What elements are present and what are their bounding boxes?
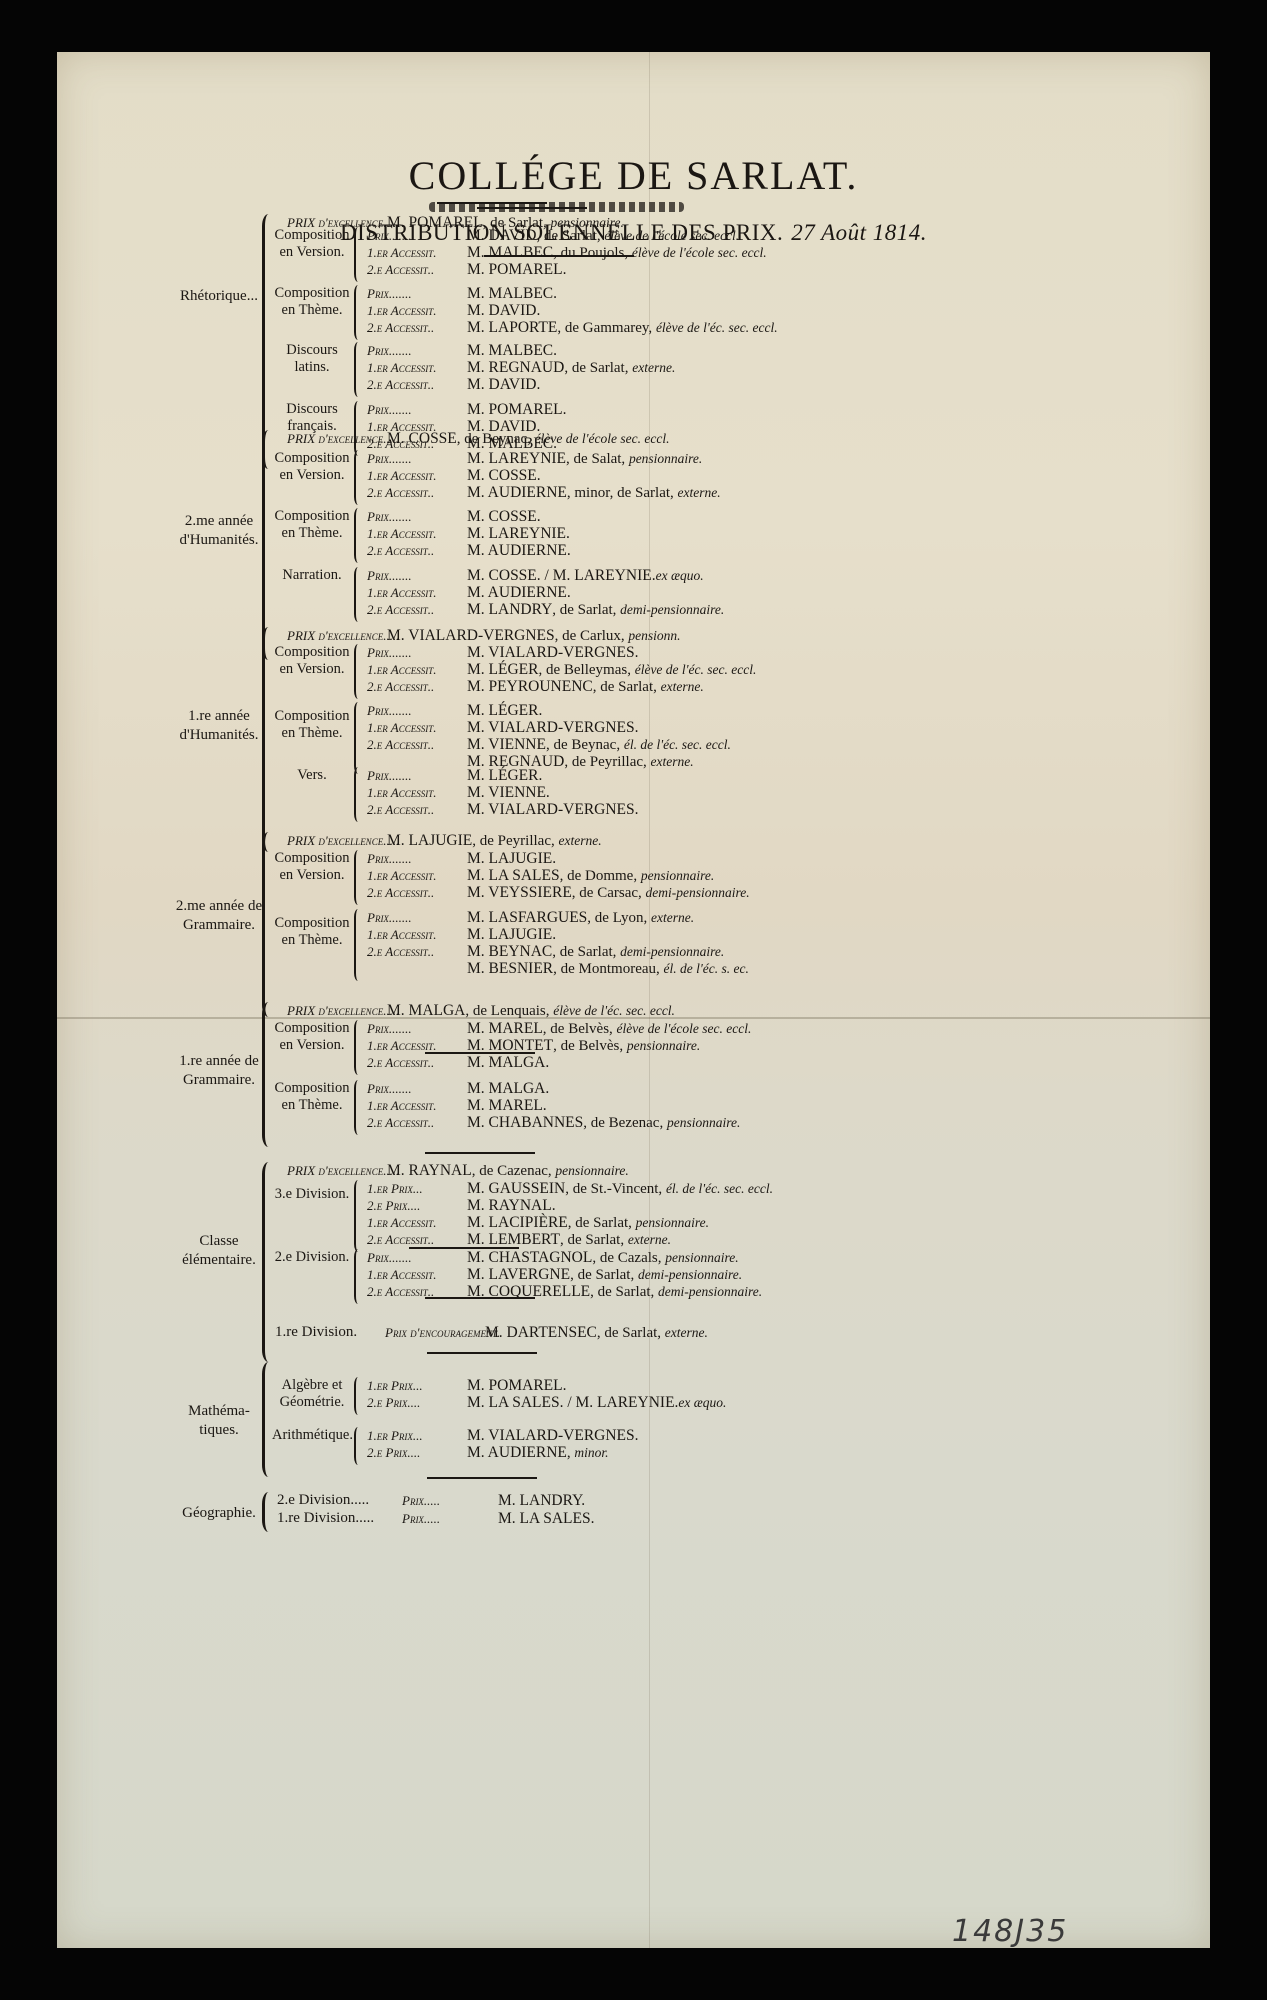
prize-label: Prix....... bbox=[367, 450, 467, 467]
student-name: M. MAREL. bbox=[467, 1097, 547, 1114]
prize-label: 1.er Accessit. bbox=[367, 584, 467, 601]
student-name: M. LANDRY bbox=[467, 601, 552, 618]
division-label: 1.re Division..... bbox=[277, 1510, 374, 1527]
prize-label: Prix d'encouragement. bbox=[385, 1324, 485, 1341]
student-origin: , de Sarlat, bbox=[597, 1325, 665, 1341]
student-status: élève de l'école sec. eccl. bbox=[604, 228, 739, 243]
prize-row: Prix.......M. POMAREL. bbox=[367, 401, 566, 419]
student-status: pensionnaire. bbox=[555, 1163, 628, 1178]
student-name: M. VIALARD-VERGNES bbox=[387, 627, 555, 644]
subject-label: Composition en Version. bbox=[272, 850, 352, 884]
subject-label: Arithmétique. bbox=[272, 1427, 352, 1444]
section-divider bbox=[427, 1477, 537, 1479]
prize-label: Prix....... bbox=[367, 285, 467, 302]
prize-label: 2.e Prix.... bbox=[367, 1394, 467, 1411]
student-name: M. POMAREL. bbox=[467, 1377, 566, 1394]
prize-label: PRIX d'excellence..... bbox=[287, 1002, 387, 1019]
prize-row: Prix.......M. LASFARGUES, de Lyon, exter… bbox=[367, 909, 694, 927]
prize-row: Prix.......M. MALGA. bbox=[367, 1080, 549, 1098]
student-origin: , de Bezenac, bbox=[583, 1115, 667, 1131]
prize-label: 1.er Accessit. bbox=[367, 926, 467, 943]
student-name: M. MALGA. bbox=[467, 1080, 549, 1097]
prize-label: 1.er Accessit. bbox=[367, 1266, 467, 1283]
student-status: pensionnaire. bbox=[641, 868, 714, 883]
prize-label: 1.er Accessit. bbox=[367, 467, 467, 484]
prize-label: Prix....... bbox=[367, 227, 467, 244]
prize-label: 2.e Accessit.. bbox=[367, 1054, 467, 1071]
section-divider bbox=[477, 207, 587, 209]
student-name: M. LÉGER. bbox=[467, 767, 542, 784]
prize-label: Prix....... bbox=[367, 342, 467, 359]
prize-row: PRIX d'excellence.....M. MALGA, de Lenqu… bbox=[287, 1002, 675, 1020]
student-name: M. LEMBERT bbox=[467, 1231, 560, 1248]
class-brace bbox=[262, 1492, 275, 1532]
student-name: M. POMAREL. bbox=[467, 401, 566, 418]
student-name: M. LA SALES. / M. LAREYNIE. bbox=[467, 1394, 678, 1411]
section-divider bbox=[409, 1247, 519, 1249]
class-label: Mathéma-tiques. bbox=[169, 1402, 269, 1440]
prize-label: 1.er Accessit. bbox=[367, 719, 467, 736]
student-origin: , de Salat, bbox=[566, 451, 629, 467]
student-name: M. LAVERGNE bbox=[467, 1266, 570, 1283]
student-name: M. CHABANNES bbox=[467, 1114, 583, 1131]
prize-label: 1.er Accessit. bbox=[367, 244, 467, 261]
prize-row: 2.e Accessit..M. MALGA. bbox=[367, 1054, 549, 1072]
student-name: M. DARTENSEC bbox=[485, 1324, 597, 1341]
subject-brace bbox=[354, 227, 362, 282]
prize-row: Prix.......M. MALBEC. bbox=[367, 342, 557, 360]
prize-label: 1.er Accessit. bbox=[367, 661, 467, 678]
student-name: M. BEYNAC bbox=[467, 943, 552, 960]
student-name: M. LACIPIÈRE bbox=[467, 1214, 568, 1231]
student-name: M. LAPORTE bbox=[467, 319, 557, 336]
subject-brace bbox=[354, 450, 362, 505]
prize-label: PRIX d'excellence..... bbox=[287, 832, 387, 849]
prize-row: 1.er Accessit.M. LAJUGIE. bbox=[367, 926, 556, 944]
student-origin: , de Sarlat, bbox=[590, 1284, 658, 1300]
prize-row: 1.er Accessit.M. VIALARD-VERGNES. bbox=[367, 719, 639, 737]
student-name: M. AUDIERNE. bbox=[467, 542, 571, 559]
subject-brace bbox=[354, 909, 362, 981]
student-status: élève de l'école sec. eccl. bbox=[535, 431, 670, 446]
section-divider bbox=[425, 1152, 535, 1154]
student-name: M. LAJUGIE. bbox=[467, 850, 556, 867]
prize-label: Prix....... bbox=[367, 909, 467, 926]
student-status: externe. bbox=[628, 1232, 671, 1247]
prize-label: 2.e Accessit.. bbox=[367, 1114, 467, 1131]
prize-row: 1.er Accessit.M. LÉGER, de Belleymas, él… bbox=[367, 661, 756, 679]
student-name: M. VIALARD-VERGNES. bbox=[467, 644, 639, 661]
student-status: él. de l'éc. s. ec. bbox=[664, 961, 749, 976]
prize-row: 2.e Accessit..M. CHABANNES, de Bezenac, … bbox=[367, 1114, 740, 1132]
prize-row: 2.e Prix....M. RAYNAL. bbox=[367, 1197, 556, 1215]
archive-mark: 148J35 bbox=[952, 1914, 1068, 1949]
prize-label: 2.e Accessit.. bbox=[367, 1231, 467, 1248]
student-name: M. VIALARD-VERGNES. bbox=[467, 1427, 639, 1444]
prize-row: Prix.....M. LA SALES. bbox=[402, 1510, 594, 1528]
student-status: él. de l'éc. sec. eccl. bbox=[624, 737, 731, 752]
subject-label: 3.e Division. bbox=[272, 1186, 352, 1203]
student-origin: , de Peyrillac, bbox=[564, 754, 650, 770]
student-status: élève de l'école sec. eccl. bbox=[617, 1021, 752, 1036]
class-label: 1.re année d'Humanités. bbox=[169, 707, 269, 745]
student-status: ex æquo. bbox=[656, 568, 704, 583]
student-origin: , de Sarlat, bbox=[564, 360, 632, 376]
prize-row: 2.e Accessit..M. LAPORTE, de Gammarey, é… bbox=[367, 319, 778, 337]
student-name: M. COSSE bbox=[387, 430, 457, 447]
subject-label: Composition en Thème. bbox=[272, 508, 352, 542]
prize-label: Prix....... bbox=[367, 850, 467, 867]
student-status: élève de l'éc. sec. eccl. bbox=[656, 320, 778, 335]
student-name: M. VIENNE. bbox=[467, 784, 550, 801]
prize-label: 1.er Accessit. bbox=[367, 302, 467, 319]
subject-brace bbox=[354, 508, 362, 563]
prize-row: 2.e Accessit..M. VIALARD-VERGNES. bbox=[367, 801, 639, 819]
prize-label: 1.er Prix... bbox=[367, 1377, 467, 1394]
prize-label: 1.er Accessit. bbox=[367, 359, 467, 376]
prize-label: 2.e Accessit.. bbox=[367, 261, 467, 278]
student-origin: , de Carsac, bbox=[572, 885, 646, 901]
prize-row: 2.e Accessit..M. VEYSSIERE, de Carsac, d… bbox=[367, 884, 750, 902]
class-label: Classe élémentaire. bbox=[169, 1232, 269, 1270]
student-name: M. PEYROUNENC bbox=[467, 678, 593, 695]
class-label: Géographie. bbox=[169, 1504, 269, 1523]
subject-brace bbox=[354, 1180, 362, 1252]
document-title: COLLÉGE DE SARLAT. bbox=[57, 152, 1210, 199]
prize-row: 2.e Accessit..M. AUDIERNE, minor, de Sar… bbox=[367, 484, 721, 502]
student-origin: , de Belleymas, bbox=[538, 662, 634, 678]
student-status: pensionn. bbox=[628, 628, 680, 643]
subject-brace bbox=[354, 1020, 362, 1075]
prize-label: PRIX d'excellence..... bbox=[287, 1162, 387, 1179]
prize-label: Prix....... bbox=[367, 644, 467, 661]
student-origin: , de Cazals, bbox=[592, 1250, 665, 1266]
student-name: M. MALBEC bbox=[467, 244, 553, 261]
prize-label: 2.e Accessit.. bbox=[367, 484, 467, 501]
subject-label: Composition en Version. bbox=[272, 227, 352, 261]
prize-row: 1.er Accessit.M. AUDIERNE. bbox=[367, 584, 571, 602]
prize-row: 1.er Prix...M. GAUSSEIN, de St.-Vincent,… bbox=[367, 1180, 773, 1198]
student-name: M. COSSE. bbox=[467, 508, 541, 525]
student-name: M. GAUSSEIN bbox=[467, 1180, 565, 1197]
prize-label: Prix....... bbox=[367, 1249, 467, 1266]
student-status: élève de l'éc. sec. eccl. bbox=[635, 662, 757, 677]
student-status: demi-pensionnaire. bbox=[620, 944, 724, 959]
prize-row: PRIX d'excellence.....M. RAYNAL, de Caze… bbox=[287, 1162, 629, 1180]
student-name: M. LAREYNIE. bbox=[467, 525, 570, 542]
prize-row: 1.er Accessit.M. COSSE. bbox=[367, 467, 541, 485]
prize-row: 1.er Accessit.M. MAREL. bbox=[367, 1097, 547, 1115]
document-date: 27 Août 1814. bbox=[791, 220, 927, 245]
student-origin: , de Belvès, bbox=[543, 1021, 617, 1037]
prize-row: PRIX d'excellence.....M. VIALARD-VERGNES… bbox=[287, 627, 681, 645]
student-name: M. MAREL bbox=[467, 1020, 543, 1037]
student-name: M. LA SALES. bbox=[498, 1510, 594, 1527]
prize-label: Prix....... bbox=[367, 1020, 467, 1037]
subject-label: Composition en Thème. bbox=[272, 708, 352, 742]
prize-row: Prix.......M. CHASTAGNOL, de Cazals, pen… bbox=[367, 1249, 739, 1267]
student-name: M. VIALARD-VERGNES. bbox=[467, 719, 639, 736]
prize-label: 1.er Accessit. bbox=[367, 784, 467, 801]
student-origin: , de Carlux, bbox=[555, 628, 629, 644]
prize-label: Prix....... bbox=[367, 702, 467, 719]
prize-label: 2.e Accessit.. bbox=[367, 736, 467, 753]
student-origin: , de Beynac, bbox=[546, 737, 624, 753]
prize-row: Prix.......M. VIALARD-VERGNES. bbox=[367, 644, 639, 662]
student-status: demi-pensionnaire. bbox=[638, 1267, 742, 1282]
subject-brace bbox=[354, 285, 362, 340]
prize-row: Prix.......M. MALBEC. bbox=[367, 285, 557, 303]
prize-row: Prix.......M. DAVID, de Sarlat, élève de… bbox=[367, 227, 739, 245]
student-status: élève de l'école sec. eccl. bbox=[632, 245, 767, 260]
student-origin: , de Beynac, bbox=[457, 431, 535, 447]
student-origin: , de Peyrillac, bbox=[472, 833, 558, 849]
student-status: pensionnaire. bbox=[665, 1250, 738, 1265]
subject-brace bbox=[354, 1249, 362, 1304]
prize-row: 1.er Prix...M. POMAREL. bbox=[367, 1377, 566, 1395]
subject-label: Composition en Version. bbox=[272, 1020, 352, 1054]
prize-label: Prix....... bbox=[367, 767, 467, 784]
prize-row: PRIX d'excellence.....M. LAJUGIE, de Pey… bbox=[287, 832, 602, 850]
prize-row: Prix.......M. COSSE. bbox=[367, 508, 541, 526]
student-name: M. LÉGER. bbox=[467, 702, 542, 719]
prize-row: 2.e Accessit..M. AUDIERNE. bbox=[367, 542, 571, 560]
subject-label: Narration. bbox=[272, 567, 352, 584]
prize-row: M. BESNIER, de Montmoreau, él. de l'éc. … bbox=[367, 960, 749, 978]
student-origin: , de Sarlat, bbox=[552, 602, 620, 618]
prize-label: PRIX d'excellence..... bbox=[287, 430, 387, 447]
prize-label: PRIX d'excellence..... bbox=[287, 627, 387, 644]
prize-row: 2.e Accessit..M. LANDRY, de Sarlat, demi… bbox=[367, 601, 724, 619]
student-origin: , du Poujols, bbox=[553, 245, 632, 261]
prize-label: 2.e Accessit.. bbox=[367, 884, 467, 901]
prize-row: 1.er Accessit.M. LAREYNIE. bbox=[367, 525, 570, 543]
student-origin: , de Sarlat, bbox=[536, 228, 604, 244]
student-status: externe. bbox=[651, 754, 694, 769]
subject-label: Algèbre et Géométrie. bbox=[272, 1377, 352, 1411]
prize-row: 1.er Accessit.M. LAVERGNE, de Sarlat, de… bbox=[367, 1266, 742, 1284]
student-name: M. COSSE. bbox=[467, 467, 541, 484]
prize-row: PRIX d'excellence.....M. COSSE, de Beyna… bbox=[287, 430, 669, 448]
student-name: M. LA SALES bbox=[467, 867, 560, 884]
student-origin: , de Montmoreau, bbox=[553, 961, 663, 977]
student-name: M. MALBEC. bbox=[467, 342, 557, 359]
subject-label: Composition en Thème. bbox=[272, 915, 352, 949]
prize-row: Prix d'encouragement.M. DARTENSEC, de Sa… bbox=[385, 1324, 708, 1342]
student-status: externe. bbox=[665, 1325, 708, 1340]
student-origin: , de Domme, bbox=[560, 868, 641, 884]
student-origin: , de Belvès, bbox=[553, 1038, 627, 1054]
class-label: 2.me année d'Humanités. bbox=[169, 512, 269, 550]
student-name: M. RAYNAL. bbox=[467, 1197, 556, 1214]
student-name: M. BESNIER bbox=[467, 960, 553, 977]
student-name: M. DAVID bbox=[467, 227, 536, 244]
student-origin: , minor, de Sarlat, bbox=[567, 485, 678, 501]
student-origin: , de St.-Vincent, bbox=[565, 1181, 666, 1197]
prize-label: 2.e Prix.... bbox=[367, 1444, 467, 1461]
subject-brace bbox=[354, 644, 362, 699]
section-divider bbox=[425, 1297, 535, 1299]
subject-brace bbox=[354, 850, 362, 905]
student-status: externe. bbox=[661, 679, 704, 694]
student-name: M. CHASTAGNOL bbox=[467, 1249, 592, 1266]
prize-label: 1.er Prix... bbox=[367, 1427, 467, 1444]
student-status: externe. bbox=[651, 910, 694, 925]
prize-label: Prix....... bbox=[367, 508, 467, 525]
prize-row: Prix.......M. COSSE. / M. LAREYNIE.ex æq… bbox=[367, 567, 704, 585]
student-name: M. REGNAUD bbox=[467, 359, 564, 376]
prize-row: Prix.......M. LÉGER. bbox=[367, 702, 542, 720]
subject-brace bbox=[354, 1427, 362, 1465]
prize-row: 2.e Accessit..M. POMAREL. bbox=[367, 261, 566, 279]
prize-row: 1.er Accessit.M. LACIPIÈRE, de Sarlat, p… bbox=[367, 1214, 709, 1232]
prize-label: Prix....... bbox=[367, 1080, 467, 1097]
prize-label: 2.e Accessit.. bbox=[367, 376, 467, 393]
class-label: Rhétorique... bbox=[169, 287, 269, 306]
section-divider bbox=[425, 1052, 535, 1054]
student-status: pensionnaire. bbox=[636, 1215, 709, 1230]
prize-row: 2.e Prix....M. LA SALES. / M. LAREYNIE.e… bbox=[367, 1394, 726, 1412]
prize-row: 1.er Accessit.M. VIENNE. bbox=[367, 784, 550, 802]
subject-label: Composition en Thème. bbox=[272, 1080, 352, 1114]
prize-label: 2.e Accessit.. bbox=[367, 542, 467, 559]
student-name: M. COSSE. / M. LAREYNIE. bbox=[467, 567, 656, 584]
prize-row: 2.e Accessit..M. VIENNE, de Beynac, él. … bbox=[367, 736, 731, 754]
student-status: demi-pensionnaire. bbox=[658, 1284, 762, 1299]
student-origin: , de Lenquais, bbox=[465, 1003, 553, 1019]
student-status: minor. bbox=[574, 1445, 608, 1460]
subject-brace bbox=[354, 702, 362, 774]
student-origin: , de Sarlat, bbox=[560, 1232, 628, 1248]
prize-label: 2.e Accessit.. bbox=[367, 678, 467, 695]
student-name: M. POMAREL. bbox=[467, 261, 566, 278]
student-origin: , de Sarlat, bbox=[552, 944, 620, 960]
student-origin: , de Cazenac, bbox=[472, 1163, 556, 1179]
class-label: 1.re année de Grammaire. bbox=[169, 1052, 269, 1090]
subject-label: Vers. bbox=[272, 767, 352, 784]
subject-label: 2.e Division. bbox=[272, 1249, 352, 1266]
section-divider bbox=[427, 1352, 537, 1354]
prize-label: Prix....... bbox=[367, 567, 467, 584]
prize-label: 2.e Accessit.. bbox=[367, 943, 467, 960]
prize-label: Prix..... bbox=[402, 1510, 498, 1527]
document-sheet: COLLÉGE DE SARLAT. DISTRIBUTION SOLENNEL… bbox=[57, 52, 1210, 1948]
prize-row: 1.er Accessit.M. DAVID. bbox=[367, 302, 540, 320]
student-name: M. AUDIERNE bbox=[467, 484, 567, 501]
student-name: M. AUDIERNE. bbox=[467, 584, 571, 601]
student-origin: , de Sarlat, bbox=[570, 1267, 638, 1283]
prize-label: 1.er Accessit. bbox=[367, 867, 467, 884]
prize-label: 1.er Prix... bbox=[367, 1180, 467, 1197]
student-name: M. MALBEC. bbox=[467, 285, 557, 302]
student-status: demi-pensionnaire. bbox=[646, 885, 750, 900]
prize-label: 2.e Accessit.. bbox=[367, 801, 467, 818]
prize-row: 1.er Accessit.M. REGNAUD, de Sarlat, ext… bbox=[367, 359, 675, 377]
prize-label: 1.er Accessit. bbox=[367, 525, 467, 542]
prize-row: Prix.....M. LANDRY. bbox=[402, 1492, 585, 1510]
prize-row: Prix.......M. MAREL, de Belvès, élève de… bbox=[367, 1020, 751, 1038]
student-origin: , de Lyon, bbox=[587, 910, 651, 926]
prize-label: 2.e Prix.... bbox=[367, 1197, 467, 1214]
student-name: M. VIENNE bbox=[467, 736, 546, 753]
student-status: externe. bbox=[558, 833, 601, 848]
subject-label: Composition en Version. bbox=[272, 450, 352, 484]
prize-row: 1.er Accessit.M. LA SALES, de Domme, pen… bbox=[367, 867, 714, 885]
prize-label: 1.er Accessit. bbox=[367, 1097, 467, 1114]
division-label: 1.re Division. bbox=[275, 1324, 357, 1341]
division-label: 2.e Division..... bbox=[277, 1492, 369, 1509]
prize-row: Prix.......M. LAJUGIE. bbox=[367, 850, 556, 868]
student-status: pensionnaire. bbox=[629, 451, 702, 466]
prize-label: Prix....... bbox=[367, 401, 467, 418]
prize-label: 1.er Accessit. bbox=[367, 1214, 467, 1231]
student-origin: , de Sarlat, bbox=[593, 679, 661, 695]
student-status: ex æquo. bbox=[678, 1395, 726, 1410]
student-status: élève de l'éc. sec. eccl. bbox=[553, 1003, 675, 1018]
prize-row: 1.er Accessit.M. MALBEC, du Poujols, élè… bbox=[367, 244, 767, 262]
student-origin: , de Gammarey, bbox=[557, 320, 656, 336]
subject-label: Discours latins. bbox=[272, 342, 352, 376]
student-name: M. LASFARGUES bbox=[467, 909, 587, 926]
student-status: externe. bbox=[678, 485, 721, 500]
student-status: demi-pensionnaire. bbox=[620, 602, 724, 617]
student-origin: , de Sarlat, bbox=[568, 1215, 636, 1231]
student-name: M. LAJUGIE bbox=[387, 832, 472, 849]
section-divider bbox=[437, 202, 547, 204]
subject-brace bbox=[354, 767, 362, 822]
student-name: M. MALGA. bbox=[467, 1054, 549, 1071]
student-name: M. AUDIERNE bbox=[467, 1444, 567, 1461]
student-name: M. VEYSSIERE bbox=[467, 884, 572, 901]
prize-row: 1.er Prix...M. VIALARD-VERGNES. bbox=[367, 1427, 639, 1445]
student-status: pensionnaire. bbox=[667, 1115, 740, 1130]
prize-row: Prix.......M. LÉGER. bbox=[367, 767, 542, 785]
student-name: M. RAYNAL bbox=[387, 1162, 472, 1179]
student-name: M. LAJUGIE. bbox=[467, 926, 556, 943]
subject-brace bbox=[354, 1377, 362, 1415]
subject-label: Composition en Version. bbox=[272, 644, 352, 678]
student-name: M. LAREYNIE bbox=[467, 450, 566, 467]
student-status: él. de l'éc. sec. eccl. bbox=[666, 1181, 773, 1196]
prize-row: 2.e Prix....M. AUDIERNE, minor. bbox=[367, 1444, 609, 1462]
prize-label: 2.e Accessit.. bbox=[367, 601, 467, 618]
student-name: M. LANDRY. bbox=[498, 1492, 585, 1509]
prize-row: 2.e Accessit..M. PEYROUNENC, de Sarlat, … bbox=[367, 678, 704, 696]
prize-row: 2.e Accessit..M. BEYNAC, de Sarlat, demi… bbox=[367, 943, 724, 961]
student-name: M. LÉGER bbox=[467, 661, 538, 678]
prize-row: Prix.......M. LAREYNIE, de Salat, pensio… bbox=[367, 450, 702, 468]
student-name: M. DAVID. bbox=[467, 302, 540, 319]
student-name: M. MALGA bbox=[387, 1002, 465, 1019]
student-status: pensionnaire. bbox=[627, 1038, 700, 1053]
subject-brace bbox=[354, 342, 362, 397]
subject-brace bbox=[354, 567, 362, 622]
student-status: externe. bbox=[632, 360, 675, 375]
class-label: 2.me année de Grammaire. bbox=[169, 897, 269, 935]
subject-label: Composition en Thème. bbox=[272, 285, 352, 319]
prize-label: Prix..... bbox=[402, 1492, 498, 1509]
subject-brace bbox=[354, 1080, 362, 1135]
student-name: M. VIALARD-VERGNES. bbox=[467, 801, 639, 818]
student-name: M. DAVID. bbox=[467, 376, 540, 393]
prize-row: 2.e Accessit..M. DAVID. bbox=[367, 376, 540, 394]
prize-label: 2.e Accessit.. bbox=[367, 319, 467, 336]
